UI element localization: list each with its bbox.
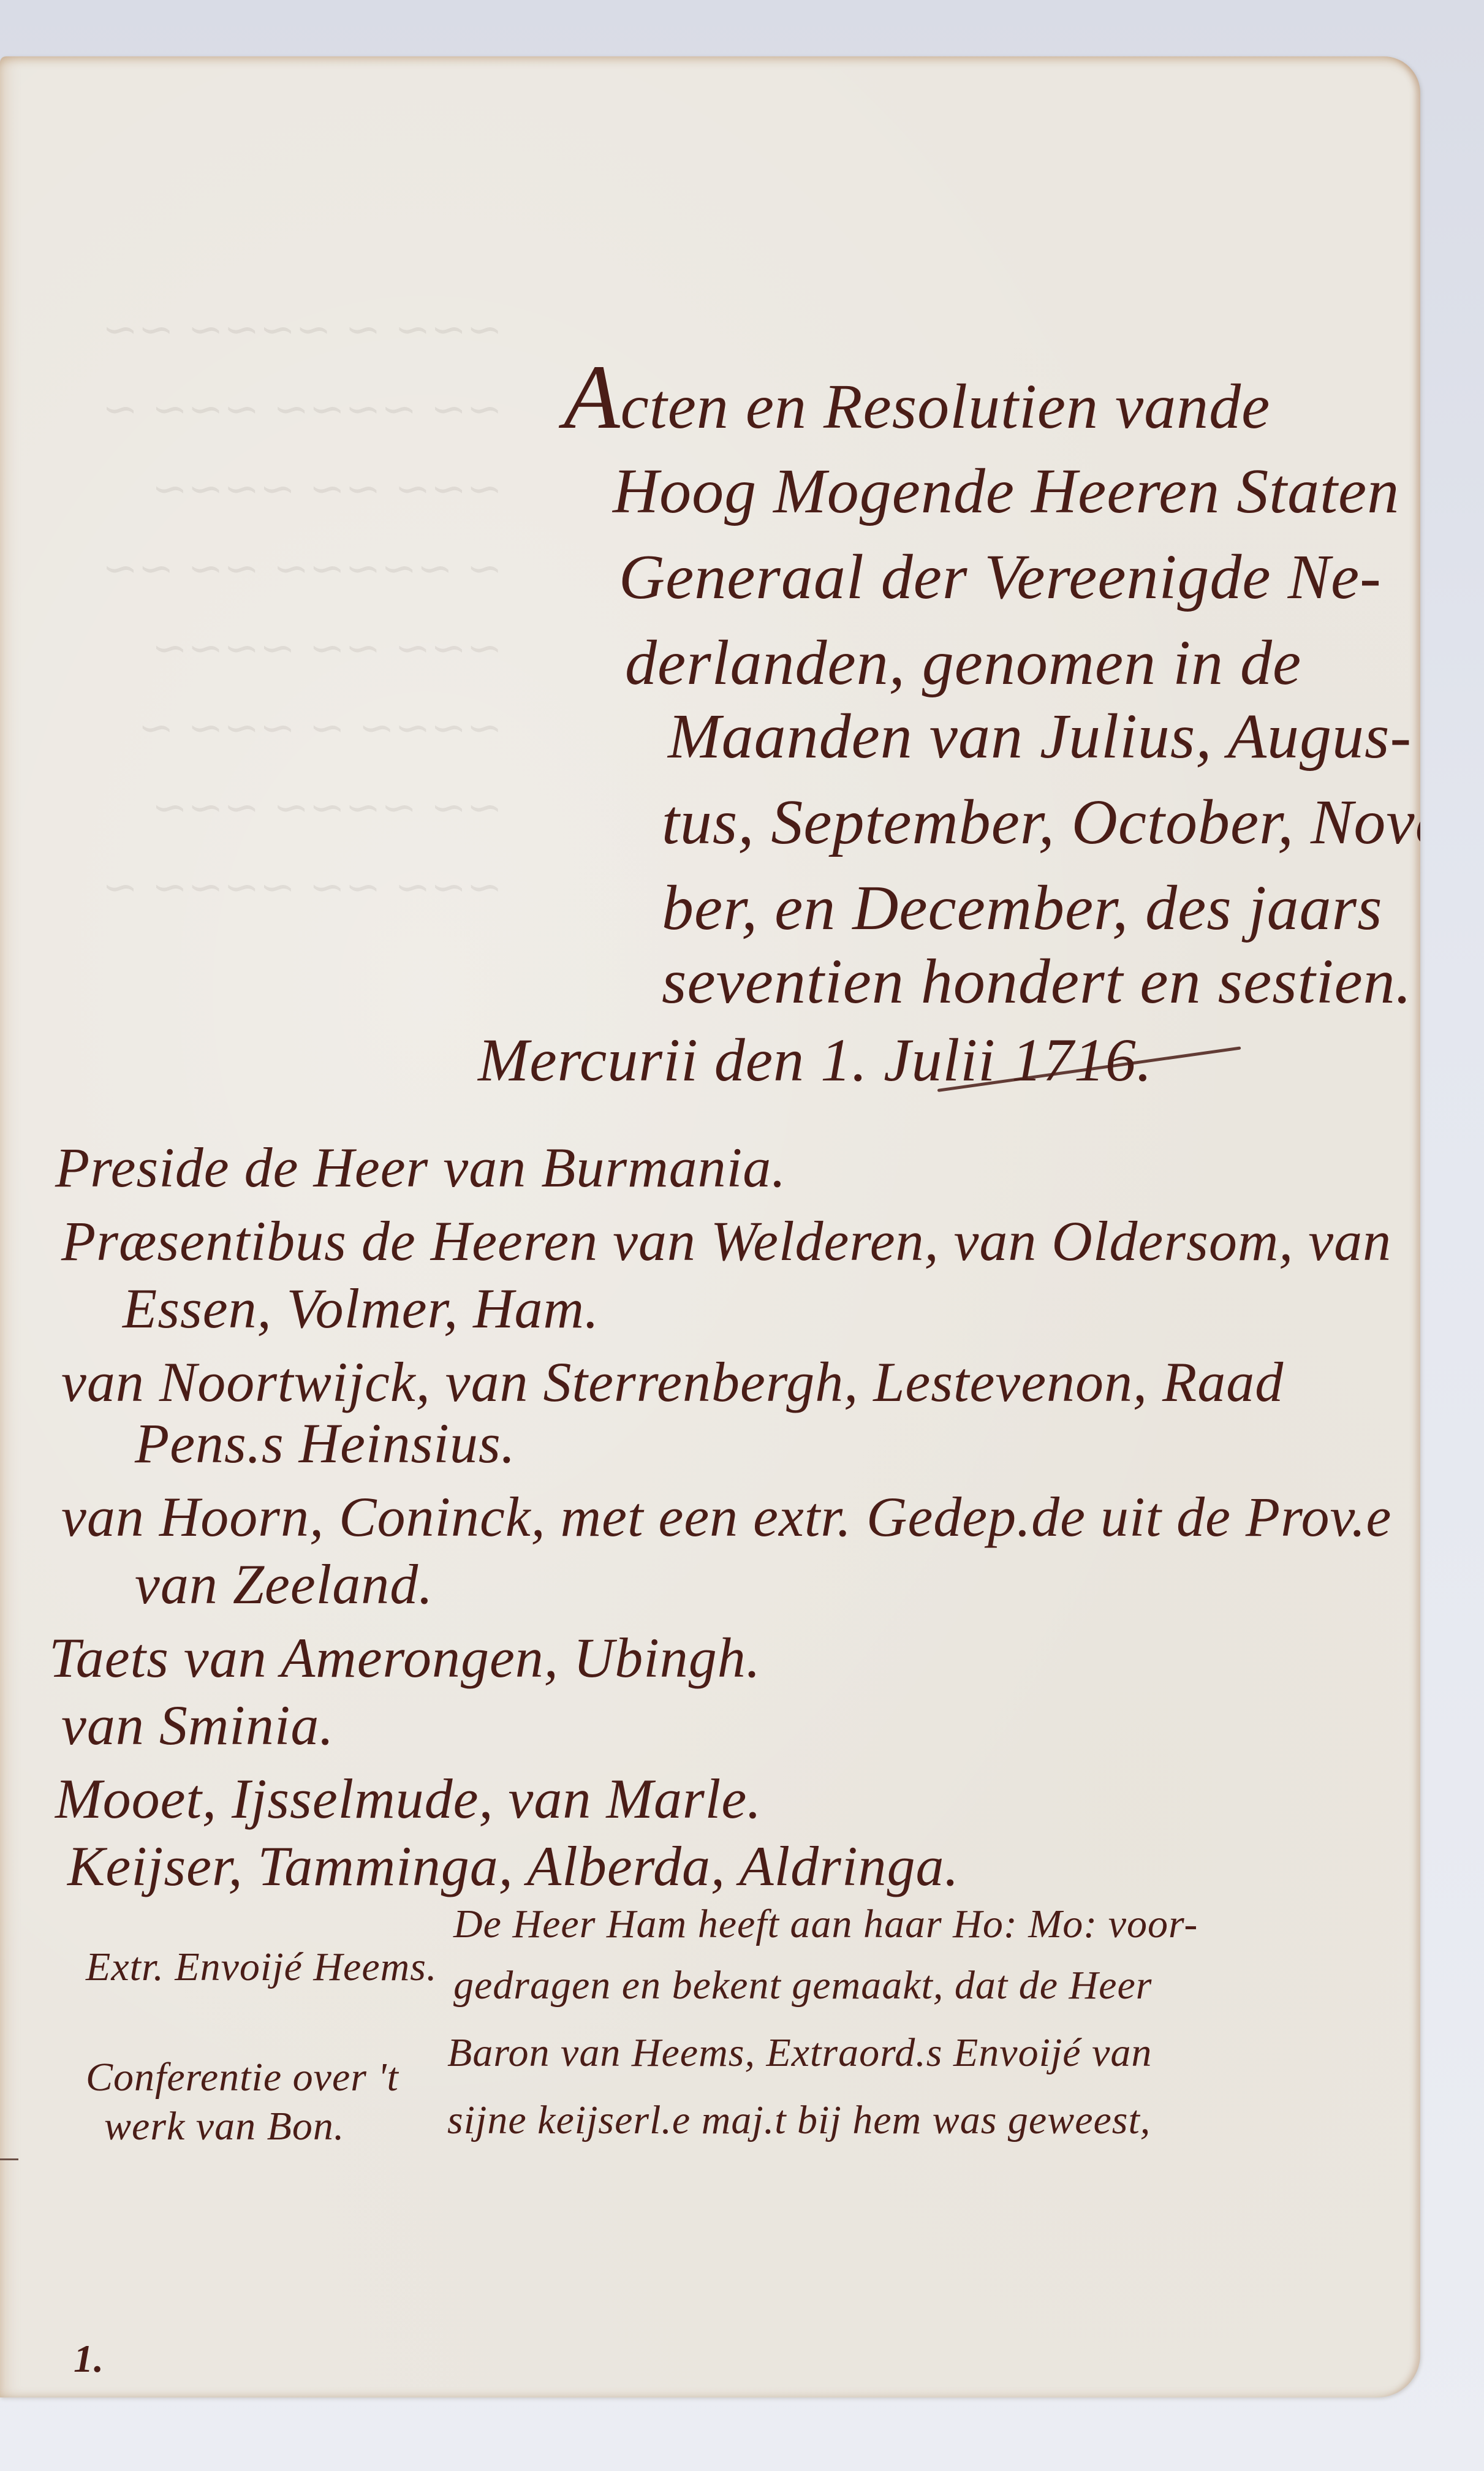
attendance-line-7: van Zeeland. <box>135 1552 433 1617</box>
resolution-line-1: De Heer Ham heeft aan haar Ho: Mo: voor- <box>453 1901 1198 1948</box>
margin-note-envoy: Extr. Envoijé Heems. <box>86 1944 437 1991</box>
heading-line-8: seventien hondert en sestien. <box>662 945 1412 1018</box>
attendance-line-10: Mooet, Ijsselmude, van Marle. <box>55 1766 762 1831</box>
attendance-line-9: van Sminia. <box>61 1693 334 1758</box>
margin-note-conference: Conferentie over 't <box>86 2054 399 2101</box>
session-date: Mercurii den 1. Julii 1716. <box>478 1025 1153 1095</box>
attendance-line-3: Essen, Volmer, Ham. <box>123 1276 599 1341</box>
heading-line-3: Generaal der Vereenigde Ne- <box>619 541 1382 613</box>
heading-line-1: Acten en Resolutien vande <box>564 344 1270 450</box>
manuscript-page: ~~~ ~ ~~~~ ~~~~ ~~~~ ~~~ ~~~~ ~~ ~~~~~ ~… <box>0 56 1420 2397</box>
attendance-line-8: Taets van Amerongen, Ubingh. <box>49 1625 761 1690</box>
attendance-line-6: van Hoorn, Coninck, met een extr. Gedep.… <box>61 1484 1391 1549</box>
attendance-line-4: van Noortwijck, van Sterrenbergh, Lestev… <box>61 1349 1284 1414</box>
heading-line-4: derlanden, genomen in de <box>625 626 1301 699</box>
resolution-line-3: Baron van Heems, Extraord.s Envoijé van <box>447 2030 1152 2076</box>
attendance-line-2: Præsentibus de Heeren van Welderen, van … <box>61 1209 1391 1273</box>
heading-line-6: tus, September, October, Novem- <box>662 786 1420 859</box>
heading-line-2: Hoog Mogende Heeren Staten <box>613 455 1399 528</box>
heading-initial: A <box>564 346 621 448</box>
margin-rule <box>0 2158 18 2160</box>
heading-line-7: ber, en December, des jaars <box>662 871 1383 944</box>
attendance-line-5: Pens.s Heinsius. <box>135 1411 516 1476</box>
margin-note-work: werk van Bon. <box>104 2103 344 2150</box>
page-number: 1. <box>74 2336 104 2382</box>
attendance-line-1: Preside de Heer van Burmania. <box>55 1135 786 1200</box>
resolution-line-4: sijne keijserl.e maj.t bij hem was gewee… <box>447 2097 1151 2144</box>
attendance-line-11: Keijser, Tamminga, Alberda, Aldringa. <box>67 1834 960 1899</box>
heading-text: cten en Resolutien vande <box>621 371 1271 442</box>
resolution-line-2: gedragen en bekent gemaakt, dat de Heer <box>453 1962 1152 2009</box>
heading-line-5: Maanden van Julius, Augus- <box>668 700 1412 773</box>
ink-bleed-through: ~~~ ~ ~~~~ ~~~~ ~~~~ ~~~ ~~~~ ~~ ~~~~~ ~… <box>37 289 502 1086</box>
